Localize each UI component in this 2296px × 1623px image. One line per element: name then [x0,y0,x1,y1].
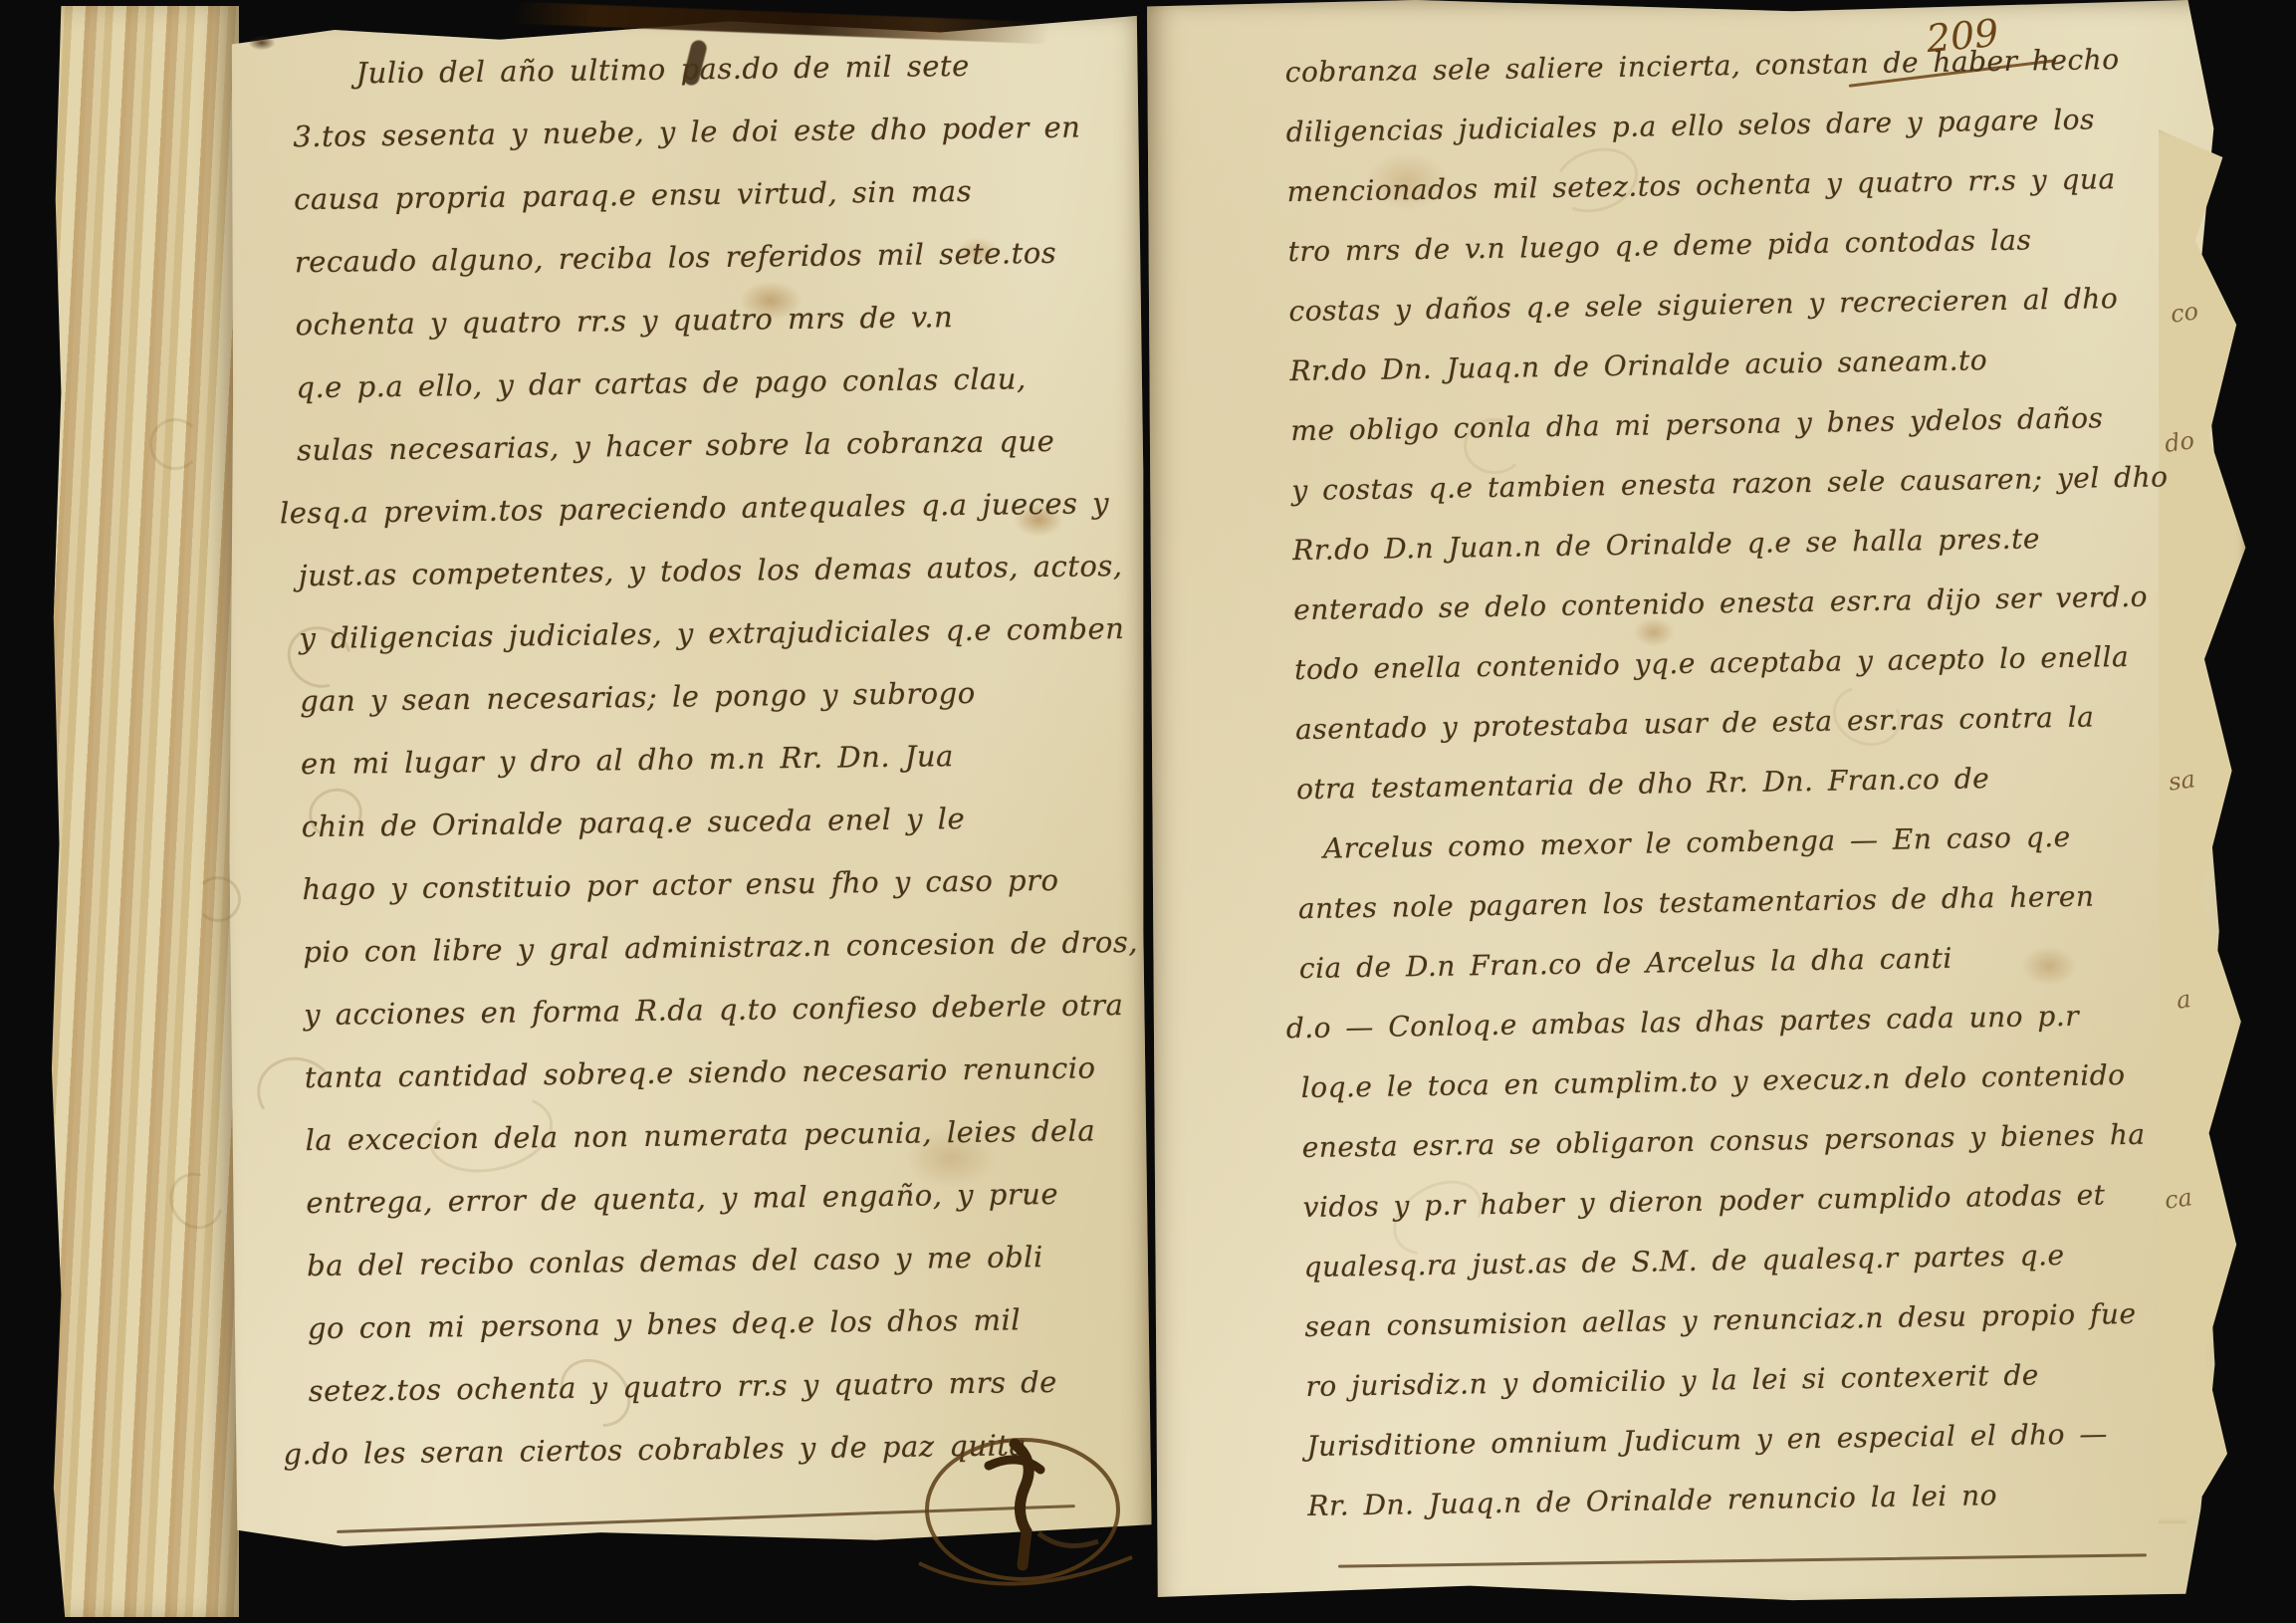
manuscript-line: entrega, error de quenta, y mal engaño, … [306,1162,1149,1235]
manuscript-line: causa propria paraq.e ensu virtud, sin m… [294,158,1137,231]
rubric-flourish [911,1414,1140,1603]
manuscript-line: recaudo alguno, reciba los referidos mil… [294,221,1137,294]
ink-blot [249,36,275,50]
book-page-edges [50,6,239,1617]
manuscript-line: pio con libre y gral administraz.n conce… [303,911,1146,984]
manuscript-line: 3.tos sesenta y nuebe, y le doi este dho… [293,96,1136,168]
manuscript-line: ochenta y quatro rr.s y quatro mrs de v.… [295,284,1138,356]
manuscript-line: Julio del año ultimo pas.do de mil sete [292,33,1135,106]
manuscript-line: just.as competentes, y todos los demas a… [298,535,1141,607]
manuscript-line: lesq.a previm.tos pareciendo antequales … [280,472,1141,546]
bleed-through-mark [149,418,201,470]
manuscript-photo: co do sa a ca 209 Julio del año ultimo p… [0,0,2296,1623]
manuscript-line: gan y sean necesarias; le pongo y subrog… [300,660,1143,733]
manuscript-line: la excecion dela non numerata pecunia, l… [305,1099,1148,1172]
manuscript-line: chin de Orinalde paraq.e suceda enel y l… [301,786,1144,858]
left-page-text: Julio del año ultimo pas.do de mil sete … [292,33,1152,1486]
manuscript-line: setez.tos ochenta y quatro rr.s y quatro… [308,1350,1151,1423]
manuscript-line: ba del recibo conlas demas del caso y me… [307,1225,1150,1297]
manuscript-line: y diligencias judiciales, y extrajudicia… [299,597,1142,670]
manuscript-line: en mi lugar y dro al dho m.n Rr. Dn. Jua [301,723,1144,796]
bleed-through-mark [195,876,241,922]
manuscript-line: sulas necesarias, y hacer sobre la cobra… [297,409,1140,482]
manuscript-line: go con mi persona y bnes deq.e los dhos … [308,1287,1151,1360]
manuscript-line: hago y constituio por actor ensu fho y c… [302,848,1145,921]
manuscript-line: tanta cantidad sobreq.e siendo necesario… [304,1037,1147,1109]
manuscript-line: q.e p.a ello, y dar cartas de pago conla… [296,347,1139,419]
manuscript-line: y acciones en forma R.da q.to confieso d… [304,974,1147,1046]
right-page-text: cobranza sele saliere incierta, constan … [1284,29,2207,1536]
